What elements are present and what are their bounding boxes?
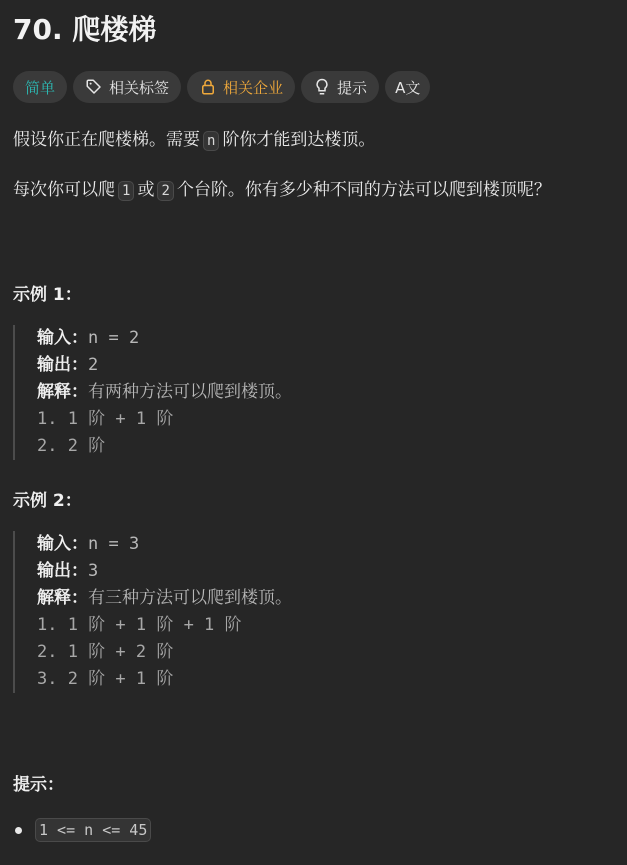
related-companies-label: 相关企业 bbox=[223, 77, 283, 98]
example-1-block: 输入：n = 2 输出：2 解释：有两种方法可以爬到楼顶。 1. 1 阶 + 1… bbox=[13, 325, 292, 460]
translate-button[interactable]: A文 bbox=[385, 71, 430, 103]
related-tags-label: 相关标签 bbox=[109, 77, 169, 98]
difficulty-label: 简单 bbox=[25, 77, 55, 98]
inline-code: 2 bbox=[157, 181, 173, 201]
description-paragraph-2: 每次你可以爬1或2个台阶。你有多少种不同的方法可以爬到楼顶呢？ bbox=[13, 177, 551, 204]
constraints-heading: 提示： bbox=[13, 770, 64, 795]
description-paragraph-1: 假设你正在爬楼梯。需要n阶你才能到达楼顶。 bbox=[13, 127, 375, 154]
example-2-heading: 示例 2： bbox=[13, 486, 82, 511]
example-2-block: 输入：n = 3 输出：3 解释：有三种方法可以爬到楼顶。 1. 1 阶 + 1… bbox=[13, 531, 292, 693]
hints-label: 提示 bbox=[337, 77, 367, 98]
problem-title: 70. 爬楼梯 bbox=[13, 10, 156, 50]
lock-icon bbox=[199, 78, 217, 96]
hints-button[interactable]: 提示 bbox=[301, 71, 379, 103]
lightbulb-icon bbox=[313, 78, 331, 96]
related-companies-button[interactable]: 相关企业 bbox=[187, 71, 295, 103]
translate-icon: A文 bbox=[395, 77, 420, 98]
difficulty-badge[interactable]: 简单 bbox=[13, 71, 67, 103]
inline-code: 1 bbox=[118, 181, 134, 201]
chip-bar: 简单 相关标签 相关企业 提示 A文 bbox=[13, 71, 430, 103]
tag-icon bbox=[85, 78, 103, 96]
related-tags-button[interactable]: 相关标签 bbox=[73, 71, 181, 103]
bullet-icon bbox=[15, 827, 22, 834]
constraint-item: 1 <= n <= 45 bbox=[35, 818, 151, 842]
inline-code: n bbox=[203, 131, 219, 151]
example-1-heading: 示例 1： bbox=[13, 280, 82, 305]
